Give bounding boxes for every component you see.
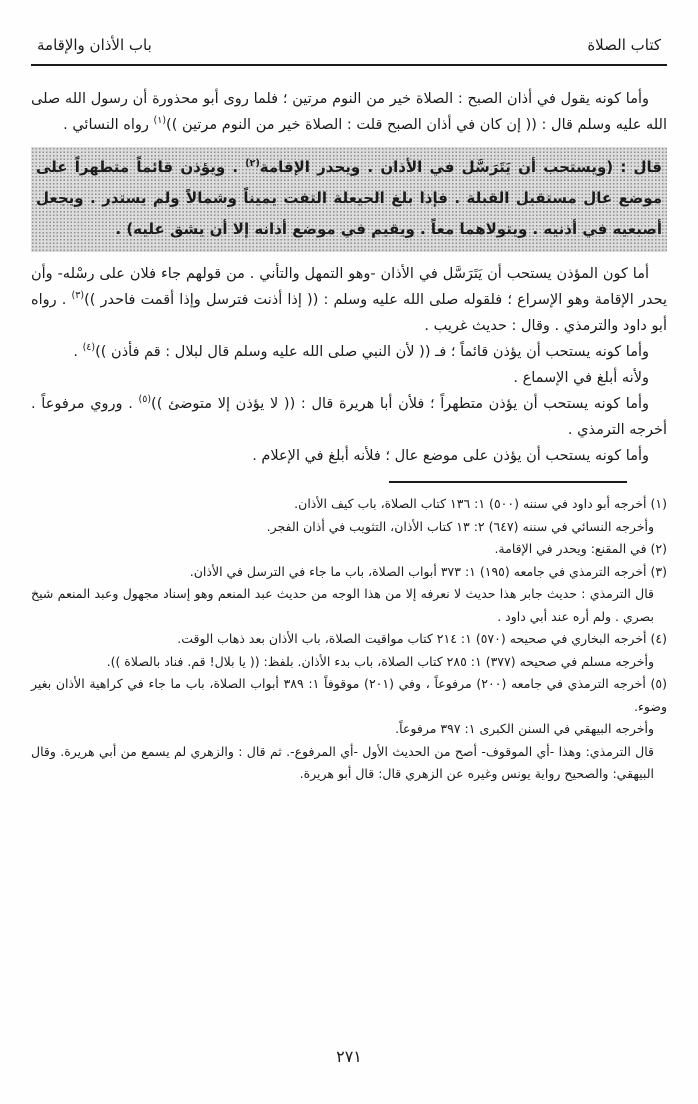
page-number: ٢٧١: [0, 1047, 698, 1066]
running-head-chapter-title: باب الأذان والإقامة: [37, 36, 152, 54]
paragraph-text: .: [73, 344, 82, 360]
body-paragraph-4: ولأنه أبلغ في الإسماع .: [31, 365, 667, 391]
footnotes-section: (١) أخرجه أبو داود في سننه (٥٠٠) ١: ١٣٦ …: [31, 493, 667, 786]
body-paragraph-5: وأما كونه يستحب أن يؤذن متطهراً ؛ فلأن أ…: [31, 391, 667, 443]
matn-quote-block: قال : (ويستحب أن يَتَرَسَّل في الأذان . …: [31, 147, 667, 252]
body-paragraph-2: أما كون المؤذن يستحب أن يَتَرَسَّل في ال…: [31, 261, 667, 339]
running-head: كتاب الصلاة باب الأذان والإقامة: [31, 36, 667, 64]
footnote-ref-3: (٣): [72, 290, 85, 301]
matn-text: قال : (ويستحب أن يَتَرَسَّل في الأذان . …: [260, 158, 662, 176]
footnote-ref-2: (٢): [245, 158, 260, 169]
footnote-3-line-2: قال الترمذي : حديث جابر هذا حديث لا نعرف…: [31, 583, 667, 628]
body-paragraph-1: وأما كونه يقول في أذان الصبح : الصلاة خي…: [31, 86, 667, 138]
footnote-5-line-3: قال الترمذي: وهذا -أي الموقوف- أصح من ال…: [31, 741, 667, 786]
paragraph-text: رواه النسائي .: [63, 117, 153, 133]
paragraph-text: ولأنه أبلغ في الإسماع .: [513, 370, 649, 386]
body-text-section: وأما كونه يقول في أذان الصبح : الصلاة خي…: [31, 86, 667, 469]
footnote-ref-1: (١): [154, 115, 167, 126]
footnote-1-line-1: (١) أخرجه أبو داود في سننه (٥٠٠) ١: ١٣٦ …: [31, 493, 667, 516]
footnote-ref-5: (٥): [139, 394, 152, 405]
book-page: كتاب الصلاة باب الأذان والإقامة وأما كون…: [0, 0, 698, 1104]
footnote-1-line-2: وأخرجه النسائي في سننه (٦٤٧) ٢: ١٣ كتاب …: [31, 516, 667, 539]
footnote-ref-4: (٤): [83, 342, 96, 353]
footnote-separator-rule: [389, 481, 627, 483]
running-head-book-title: كتاب الصلاة: [587, 36, 661, 54]
paragraph-text: وأما كونه يستحب أن يؤذن قائماً ؛ فـ (( ل…: [95, 344, 649, 360]
paragraph-text: أما كون المؤذن يستحب أن يَتَرَسَّل في ال…: [31, 266, 667, 308]
footnote-5-line-1: (٥) أخرجه الترمذي في جامعه (٢٠٠) مرفوعاً…: [31, 673, 667, 718]
paragraph-text: وأما كونه يستحب أن يؤذن على موضع عال ؛ ف…: [252, 448, 649, 464]
footnote-4-line-1: (٤) أخرجه البخاري في صحيحه (٥٧٠) ١: ٢١٤ …: [31, 628, 667, 651]
paragraph-text: وأما كونه يستحب أن يؤذن متطهراً ؛ فلأن أ…: [151, 396, 649, 412]
header-rule: [31, 64, 667, 66]
body-paragraph-6: وأما كونه يستحب أن يؤذن على موضع عال ؛ ف…: [31, 443, 667, 469]
body-paragraph-3: وأما كونه يستحب أن يؤذن قائماً ؛ فـ (( ل…: [31, 339, 667, 365]
footnote-2-line-1: (٢) في المقنع: ويحدر في الإقامة.: [31, 538, 667, 561]
footnote-3-line-1: (٣) أخرجه الترمذي في جامعه (١٩٥) ١: ٣٧٣ …: [31, 561, 667, 584]
footnote-4-line-2: وأخرجه مسلم في صحيحه (٣٧٧) ١: ٢٨٥ كتاب ا…: [31, 651, 667, 674]
footnote-5-line-2: وأخرجه البيهقي في السنن الكبرى ١: ٣٩٧ مر…: [31, 718, 667, 741]
